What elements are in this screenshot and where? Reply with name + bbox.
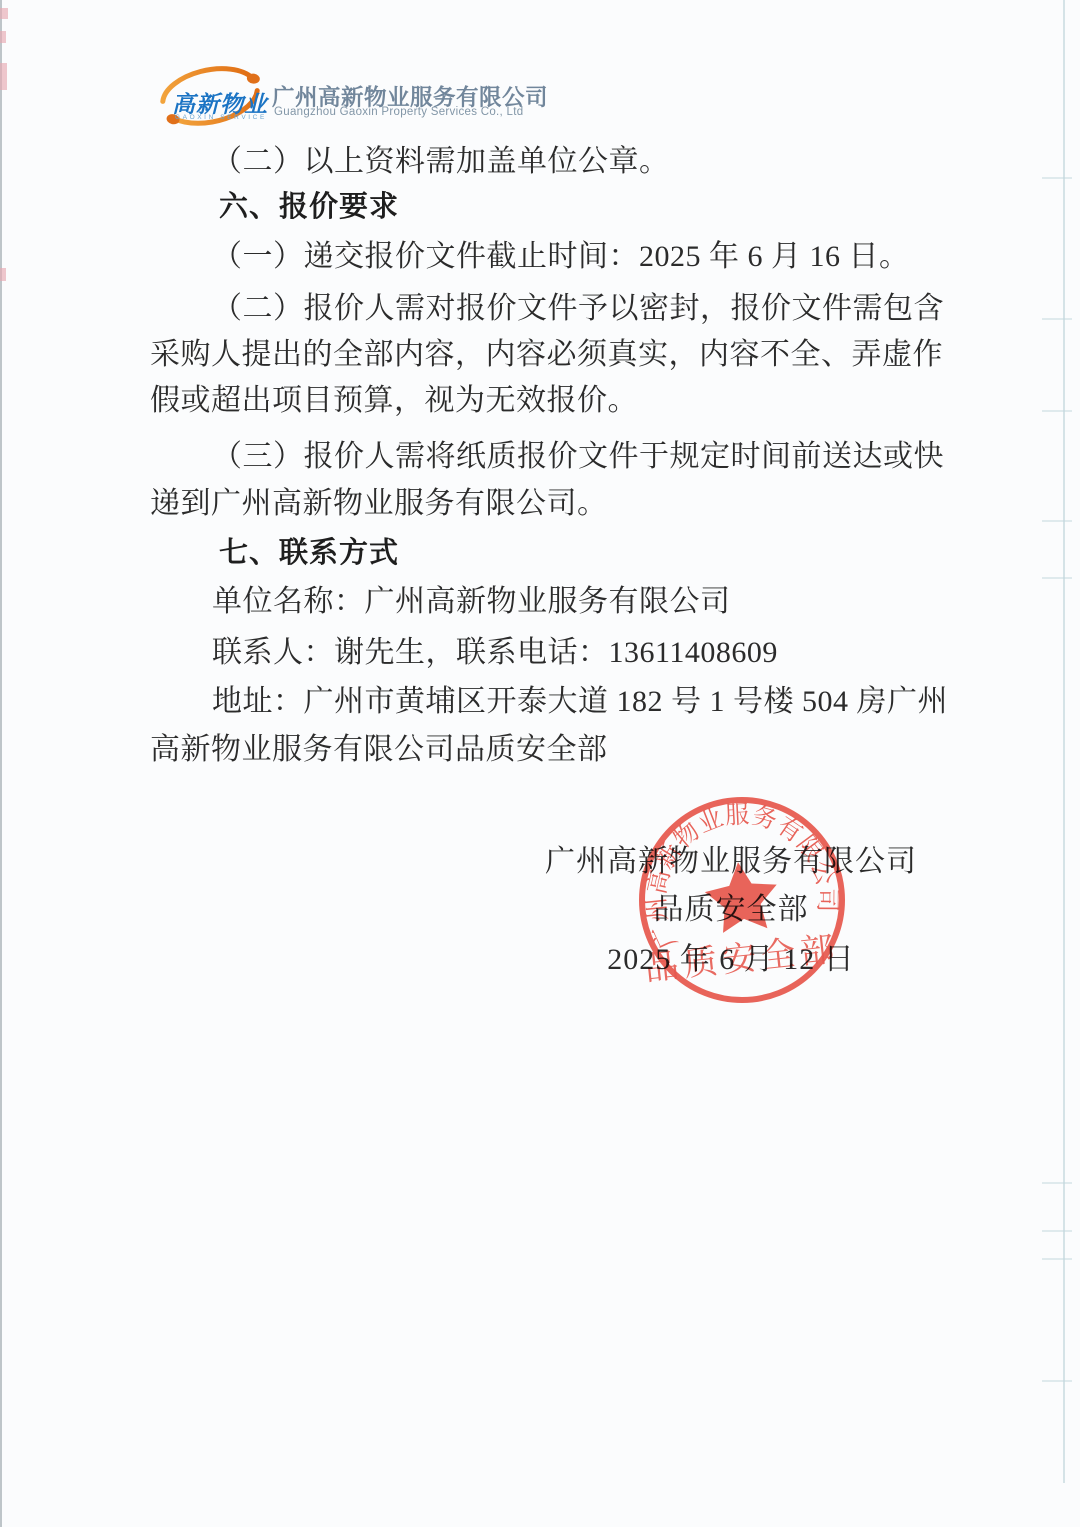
scan-artifact bbox=[0, 8, 8, 19]
body-line: （三）报价人需将纸质报价文件于规定时间前送达或快 bbox=[212, 440, 944, 474]
bleed-through-tick bbox=[1042, 410, 1072, 412]
bleed-through-tick bbox=[1042, 318, 1072, 320]
section-heading: 七、联系方式 bbox=[219, 536, 399, 570]
scan-artifact bbox=[0, 268, 6, 281]
scanned-document-page: 高新物业 GAOXIN SERVICE 广州高新物业服务有限公司 Guangzh… bbox=[0, 0, 1080, 1527]
bleed-through-tick bbox=[1042, 577, 1072, 579]
bleed-through-tick bbox=[1042, 1258, 1072, 1260]
body-line: （一）递交报价文件截止时间：2025 年 6 月 16 日。 bbox=[212, 240, 910, 274]
brand-tagline: GAOXIN SERVICE bbox=[175, 114, 267, 121]
scan-artifact bbox=[0, 31, 6, 43]
body-line: （二）以上资料需加盖单位公章。 bbox=[212, 145, 670, 179]
bleed-through-tick bbox=[1042, 1230, 1072, 1232]
bleed-through-line bbox=[1063, 0, 1065, 1483]
bleed-through-tick bbox=[1042, 520, 1072, 522]
body-line: 地址：广州市黄埔区开泰大道 182 号 1 号楼 504 房广州 bbox=[212, 685, 948, 719]
body-line: 联系人：谢先生，联系电话：13611408609 bbox=[212, 636, 778, 670]
body-line: 单位名称：广州高新物业服务有限公司 bbox=[212, 585, 731, 619]
body-line: 高新物业服务有限公司品质安全部 bbox=[150, 733, 608, 767]
seal-star-icon bbox=[702, 858, 781, 934]
bleed-through-tick bbox=[1042, 1182, 1072, 1184]
body-line: 递到广州高新物业服务有限公司。 bbox=[150, 487, 608, 521]
company-name-en: Guangzhou Gaoxin Property Services Co., … bbox=[274, 106, 523, 118]
scan-left-edge bbox=[0, 0, 2, 1527]
body-line: 假或超出项目预算，视为无效报价。 bbox=[150, 384, 638, 418]
body-line: （二）报价人需对报价文件予以密封，报价文件需包含 bbox=[212, 292, 944, 326]
bleed-through-tick bbox=[1042, 177, 1072, 179]
bleed-through-tick bbox=[1042, 1380, 1072, 1382]
section-heading: 六、报价要求 bbox=[219, 190, 399, 224]
body-line: 采购人提出的全部内容，内容必须真实，内容不全、弄虚作 bbox=[150, 338, 943, 372]
scan-artifact bbox=[0, 63, 7, 90]
company-seal: 广州高新物业服务有限公司 品质安全部 bbox=[632, 790, 852, 1010]
